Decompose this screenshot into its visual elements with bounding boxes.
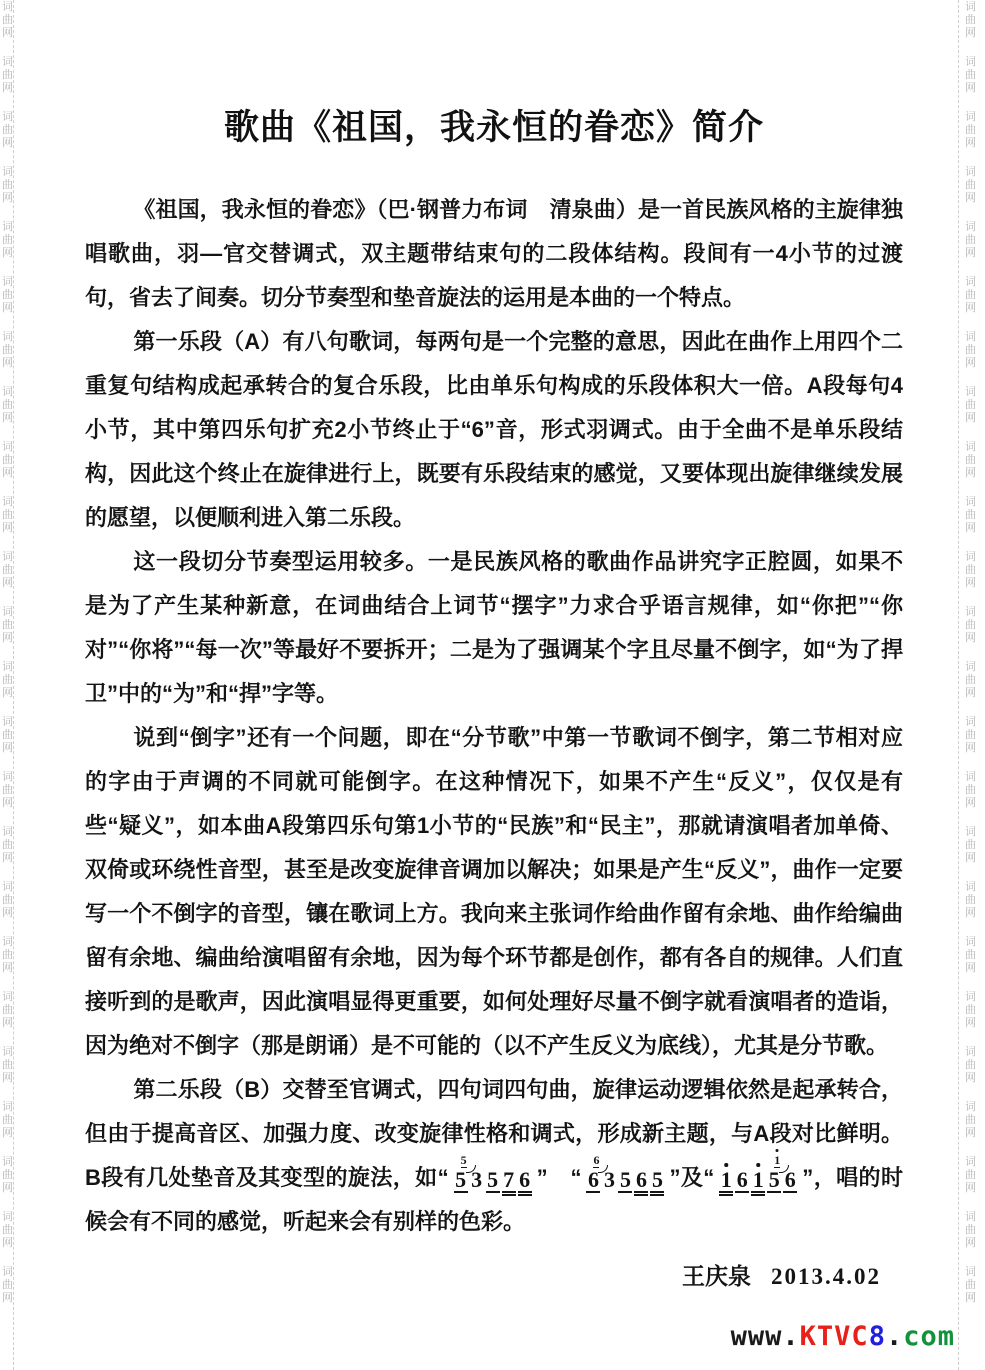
paragraph-section-b: 第二乐段（B）交替至官调式，四句词四句曲，旋律运动逻辑依然是起承转合，但由于提高… [85, 1068, 903, 1244]
right-watermark-text: 词曲网词曲网词曲网词曲网词曲网词曲网词曲网词曲网词曲网词曲网词曲网词曲网词曲网词… [965, 2, 976, 1322]
music-notation-1: 535576 [449, 1156, 537, 1200]
document-title: 歌曲《祖国，我永恒的眷恋》简介 [85, 104, 903, 152]
document-page: 词曲网词曲网词曲网词曲网词曲网词曲网词曲网词曲网词曲网词曲网词曲网词曲网词曲网词… [0, 0, 985, 1370]
document-content: 歌曲《祖国，我永恒的眷恋》简介 《祖国，我永恒的眷恋》（巴·钢普力布词 清泉曲）… [85, 104, 903, 1291]
right-watermark-strip: 词曲网词曲网词曲网词曲网词曲网词曲网词曲网词曲网词曲网词曲网词曲网词曲网词曲网词… [958, 0, 985, 1370]
music-notation-3: 161561 [714, 1156, 802, 1200]
left-watermark-text: 词曲网词曲网词曲网词曲网词曲网词曲网词曲网词曲网词曲网词曲网词曲网词曲网词曲网词… [2, 2, 13, 1322]
section-b-text-3: ”及“ [669, 1165, 714, 1190]
section-b-text-2: ” “ [537, 1165, 582, 1190]
paragraph-syncopation: 这一段切分节奏型运用较多。一是民族风格的歌曲作品讲究字正腔圆，如果不是为了产生某… [85, 540, 903, 716]
author-name: 王庆泉 [682, 1263, 751, 1289]
paragraph-section-a: 第一乐段（A）有八句歌词，每两句是一个完整的意思，因此在曲作上用四个二重复句结构… [85, 320, 903, 540]
body-text: 《祖国，我永恒的眷恋》（巴·钢普力布词 清泉曲）是一首民族风格的主旋律独唱歌曲，… [85, 188, 903, 1244]
ktvc8-watermark: www.KTVC8.com [731, 1323, 955, 1350]
music-notation-2: 636565 [581, 1156, 669, 1200]
paragraph-intro: 《祖国，我永恒的眷恋》（巴·钢普力布词 清泉曲）是一首民族风格的主旋律独唱歌曲，… [85, 188, 903, 320]
left-watermark-strip: 词曲网词曲网词曲网词曲网词曲网词曲网词曲网词曲网词曲网词曲网词曲网词曲网词曲网词… [0, 0, 27, 1370]
signature-line: 王庆泉2013.4.02 [85, 1258, 903, 1291]
paragraph-daozi: 说到“倒字”还有一个问题，即在“分节歌”中第一节歌词不倒字，第二节相对应的字由于… [85, 716, 903, 1068]
signature-date: 2013.4.02 [771, 1264, 881, 1289]
